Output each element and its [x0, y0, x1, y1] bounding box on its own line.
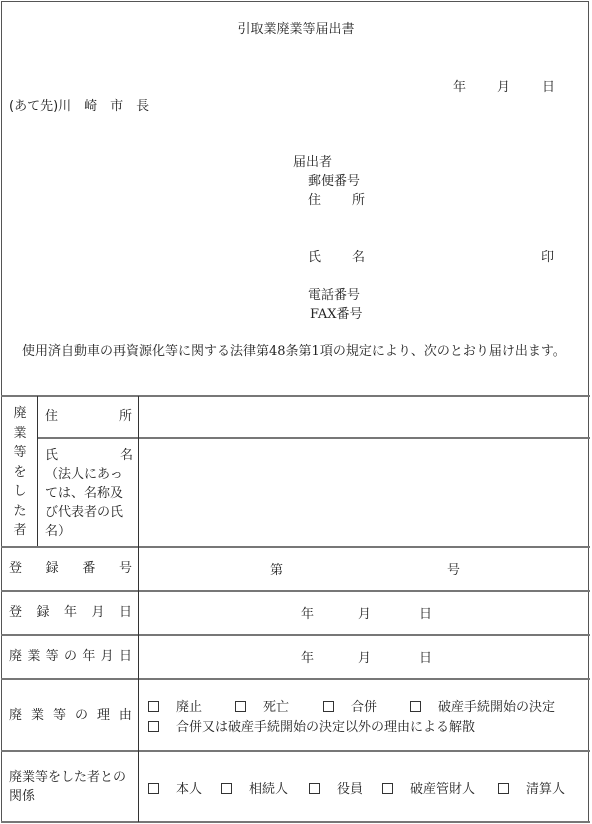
- date-month-label: 月: [497, 76, 510, 95]
- relation-option-liquidator[interactable]: 清算人: [498, 778, 565, 797]
- address-label-b: 所: [352, 189, 365, 208]
- name-label-note: （法人にあっては、名称及び代表者の氏名）: [45, 465, 133, 541]
- checkbox-icon[interactable]: [498, 783, 509, 794]
- table-bottom-rule: [1, 821, 590, 823]
- checkbox-icon[interactable]: [410, 701, 421, 712]
- date-day-label: 日: [542, 76, 555, 95]
- reason-option-shibou[interactable]: 死亡: [235, 696, 289, 715]
- name-label-b: 名: [352, 246, 365, 265]
- label-col-divider: [138, 396, 139, 822]
- document-title: 引取業廃業等届出書: [0, 18, 592, 37]
- checkbox-icon[interactable]: [309, 783, 320, 794]
- reg-date-year: 年: [301, 603, 314, 622]
- checkbox-icon[interactable]: [221, 783, 232, 794]
- rule-after-closuredate: [1, 678, 590, 680]
- rule-after-name: [1, 546, 590, 548]
- closure-date-month: 月: [358, 647, 371, 666]
- checkbox-icon[interactable]: [148, 721, 159, 732]
- rule-after-regdate: [1, 634, 590, 636]
- group-col-divider: [37, 396, 38, 546]
- closure-date-year: 年: [301, 647, 314, 666]
- row-label-name: 氏名 （法人にあっては、名称及び代表者の氏名）: [45, 446, 133, 541]
- address-value-field[interactable]: [140, 397, 588, 436]
- reason-option-dissolution[interactable]: 合併又は破産手続開始の決定以外の理由による解散: [148, 716, 475, 735]
- reg-date-month: 月: [358, 603, 371, 622]
- reg-date-day: 日: [419, 603, 432, 622]
- fax-label: FAX番号: [310, 303, 363, 322]
- checkbox-icon[interactable]: [148, 783, 159, 794]
- row-label-reg-date: 登録年月日: [9, 603, 132, 622]
- relation-option-trustee[interactable]: 破産管財人: [382, 778, 475, 797]
- reason-option-haishi[interactable]: 廃止: [148, 696, 202, 715]
- reason-option-bankruptcy[interactable]: 破産手続開始の決定: [410, 696, 555, 715]
- phone-label: 電話番号: [308, 284, 360, 303]
- rule-after-regnum: [1, 590, 590, 592]
- seal-mark: 印: [541, 246, 554, 265]
- checkbox-icon[interactable]: [148, 701, 159, 712]
- rule-after-reason: [1, 750, 590, 752]
- relation-option-heir[interactable]: 相続人: [221, 778, 288, 797]
- address-label-a: 住: [308, 189, 321, 208]
- reg-number-prefix: 第: [270, 559, 283, 578]
- checkbox-icon[interactable]: [323, 701, 334, 712]
- group-label-vertical: 廃業等をした者: [12, 404, 28, 541]
- statement-text: 使用済自動車の再資源化等に関する法律第48条第1項の規定により、次のとおり届け出…: [9, 342, 587, 361]
- row-label-reg-number: 登録番号: [9, 559, 132, 578]
- postal-code-label: 郵便番号: [308, 170, 360, 189]
- row-label-reason: 廃業等の理由: [9, 706, 132, 725]
- reg-number-suffix: 号: [447, 559, 460, 578]
- checkbox-icon[interactable]: [382, 783, 393, 794]
- row-label-relation: 廃業等をした者との関係: [9, 768, 134, 806]
- row-label-closure-date: 廃業等の年月日: [9, 647, 132, 666]
- addressee: (あて先)川 崎 市 長: [9, 95, 149, 114]
- date-year-label: 年: [453, 76, 466, 95]
- row-label-address: 住所: [45, 407, 132, 426]
- applicant-heading: 届出者: [293, 151, 332, 170]
- closure-date-day: 日: [419, 647, 432, 666]
- relation-option-officer[interactable]: 役員: [309, 778, 363, 797]
- name-value-field[interactable]: [140, 439, 588, 545]
- name-label-a: 氏: [308, 246, 321, 265]
- checkbox-icon[interactable]: [235, 701, 246, 712]
- relation-option-self[interactable]: 本人: [148, 778, 202, 797]
- reason-option-gappei[interactable]: 合併: [323, 696, 377, 715]
